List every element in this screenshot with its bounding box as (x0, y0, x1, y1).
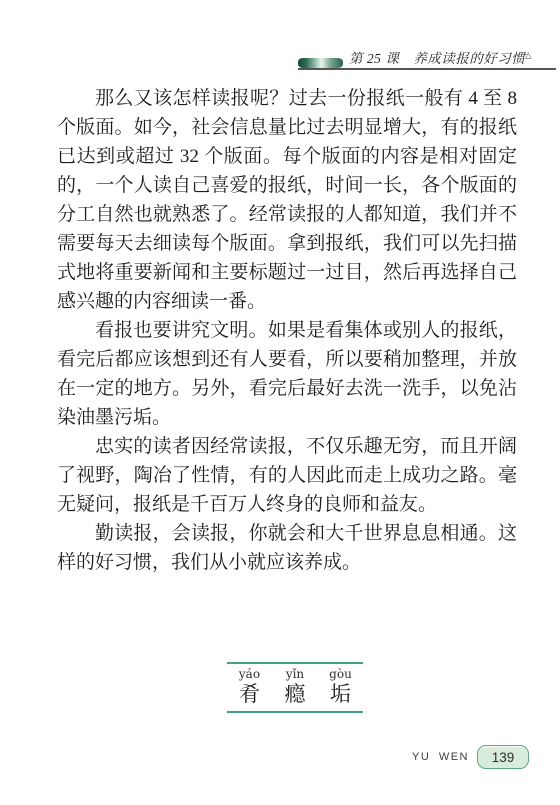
textbook-page: 第 25 课养成读报的好习惯△ 那么又该怎样读报呢？过去一份报纸一般有 4 至 … (0, 0, 560, 805)
page-number: 139 (492, 750, 515, 765)
page-number-badge: 139 (477, 745, 529, 769)
lesson-title: 养成读报的好习惯 (413, 51, 525, 66)
lesson-header-text: 第 25 课养成读报的好习惯△ (349, 47, 532, 68)
paragraph: 看报也要讲究文明。如果是看集体或别人的报纸，看完后都应该想到还有人要看，所以要稍… (57, 316, 517, 432)
vocab-item: yǐn 瘾 (273, 667, 318, 707)
page-footer: YU WEN 139 (412, 745, 529, 769)
vocab-pinyin: yáo (227, 667, 272, 681)
vocab-character: 垢 (318, 681, 363, 707)
vocab-character: 肴 (227, 681, 272, 707)
header-gradient-bar-icon (298, 58, 343, 68)
paragraph: 勤读报，会读报，你就会和大千世界息息相通。这样的好习惯，我们从小就应该养成。 (57, 519, 517, 577)
vocab-character: 瘾 (273, 681, 318, 707)
vocabulary-box: yáo 肴 yǐn 瘾 gòu 垢 (227, 662, 363, 713)
imprint-label: YU WEN (412, 751, 469, 763)
paragraph: 那么又该怎样读报呢？过去一份报纸一般有 4 至 8 个版面。如今，社会信息量比过… (57, 84, 517, 316)
vocab-item: gòu 垢 (318, 667, 363, 707)
vocab-pinyin: yǐn (273, 667, 318, 681)
footnote-mark: △ (525, 51, 532, 60)
vocab-item: yáo 肴 (227, 667, 272, 707)
lesson-header: 第 25 课养成读报的好习惯△ (298, 49, 556, 70)
paragraph: 忠实的读者因经常读报，不仅乐趣无穷，而且开阔了视野，陶冶了性情，有的人因此而走上… (57, 432, 517, 519)
lesson-number-label: 第 25 课 (349, 51, 399, 66)
lesson-body: 那么又该怎样读报呢？过去一份报纸一般有 4 至 8 个版面。如今，社会信息量比过… (57, 84, 517, 577)
vocab-pinyin: gòu (318, 667, 363, 681)
